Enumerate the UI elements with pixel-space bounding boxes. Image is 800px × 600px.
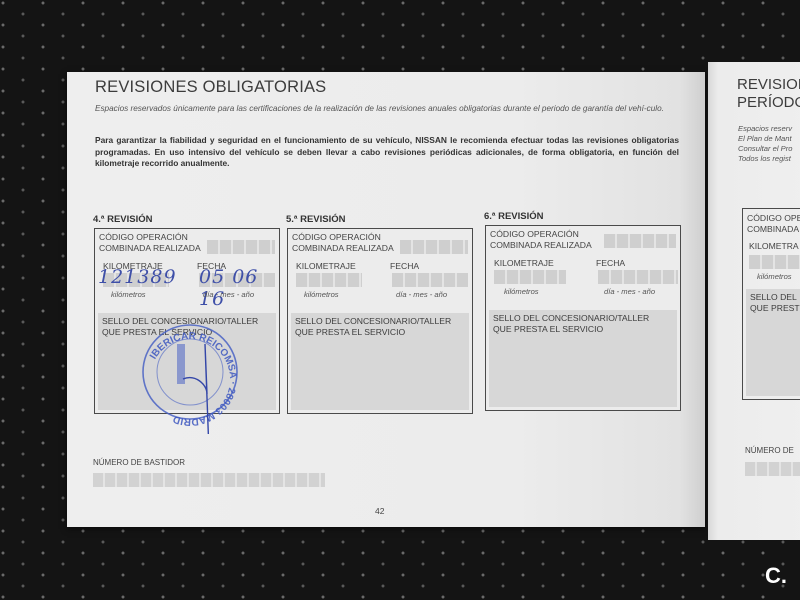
km-hint: kilómetros: [757, 272, 792, 281]
stamp-area: SELLO DEL CONCESIONARIO/TALLERQUE PRESTA…: [291, 313, 469, 410]
code-cells: [400, 240, 468, 254]
date-hint: día - mes - año: [396, 290, 447, 299]
revision-title: 6.ª REVISIÓN: [484, 211, 681, 222]
manual-right-page: REVISIONPERÍODO Espacios reserv El Plan …: [708, 62, 800, 540]
code-cells: [207, 240, 275, 254]
svg-text:IBERICAR REICOMSA · 28003 MADR: IBERICAR REICOMSA · 28003 MADRID: [148, 331, 238, 427]
vin-label: NÚMERO DE BASTIDOR: [93, 458, 185, 467]
vin-cells: [745, 462, 800, 476]
revision-4: 4.ª REVISIÓN CÓDIGO OPERACIÓNCOMBINADA R…: [94, 214, 280, 414]
date-label: FECHA: [596, 258, 625, 269]
revision-title: 4.ª REVISIÓN: [93, 214, 280, 225]
date-hint: día - mes - año: [604, 287, 655, 296]
km-label: KILOMETRA: [749, 241, 799, 252]
revision-5: 5.ª REVISIÓN CÓDIGO OPERACIÓNCOMBINADA R…: [287, 214, 473, 414]
code-label: CÓDIGO OPERACIÓNCOMBINADA REALIZADA: [99, 232, 201, 254]
code-label: CÓDIGO OPERACIÓNCOMBINADA REALIZADA: [292, 232, 394, 254]
code-label: CÓDIGO OPERACIÓNCOMBINADA REALIZADA: [490, 229, 592, 251]
revision-title: 5.ª REVISIÓN: [286, 214, 473, 225]
notice-text: Para garantizar la fiabilidad y segurida…: [95, 135, 679, 170]
date-cells: [598, 270, 678, 284]
stamp-area: SELLO DELQUE PREST: [746, 289, 800, 396]
stamp-area: SELLO DEL CONCESIONARIO/TALLERQUE PRESTA…: [489, 310, 677, 407]
page-title: REVISIONES OBLIGATORIAS: [95, 78, 326, 97]
manual-left-page: REVISIONES OBLIGATORIAS Espacios reserva…: [67, 72, 705, 527]
km-hint: kilómetros: [504, 287, 539, 296]
revision-box: CÓDIGO OPERACIÓNCOMBINADA REALIZADA KILO…: [287, 228, 473, 414]
revision-box: CÓDIGO OPERACIÓNCOMBINADA REALIZADA KILO…: [485, 225, 681, 411]
km-hint: kilómetros: [304, 290, 339, 299]
km-cells: [749, 255, 800, 269]
page-number: 42: [375, 506, 384, 516]
date-label: FECHA: [390, 261, 419, 272]
stamp-label: SELLO DEL CONCESIONARIO/TALLERQUE PRESTA…: [493, 313, 649, 335]
code-cells: [604, 234, 676, 248]
km-hint: kilómetros: [111, 290, 146, 299]
km-cells: [494, 270, 566, 284]
date-cells: [392, 273, 468, 287]
vin-cells: [93, 473, 325, 487]
handwritten-km: 121389: [98, 266, 177, 288]
vin-label: NÚMERO DE: [745, 446, 794, 455]
km-cells: [296, 273, 362, 287]
revision-box-partial: CÓDIGO OPECOMBINADA KILOMETRA kilómetros…: [742, 208, 800, 400]
stamp-label: SELLO DELQUE PREST: [750, 292, 800, 314]
revision-box: CÓDIGO OPERACIÓNCOMBINADA REALIZADA KILO…: [94, 228, 280, 414]
km-label: KILOMETRAJE: [296, 261, 356, 272]
stamp-label: SELLO DEL CONCESIONARIO/TALLERQUE PRESTA…: [295, 316, 451, 338]
date-hint: día - mes - año: [203, 290, 254, 299]
right-page-intro: Espacios reserv El Plan de Mant Consulta…: [738, 124, 792, 164]
km-label: KILOMETRAJE: [494, 258, 554, 269]
code-label: CÓDIGO OPECOMBINADA: [747, 213, 800, 235]
right-page-title: REVISIONPERÍODO: [737, 76, 800, 112]
watermark-logo: C.: [765, 563, 787, 589]
revision-6: 6.ª REVISIÓN CÓDIGO OPERACIÓNCOMBINADA R…: [485, 211, 681, 411]
handwritten-date: 05 06 16: [199, 266, 279, 310]
dealer-stamp-icon: IBERICAR REICOMSA · 28003 MADRID: [135, 324, 245, 434]
intro-text: Espacios reservados únicamente para las …: [95, 103, 677, 115]
